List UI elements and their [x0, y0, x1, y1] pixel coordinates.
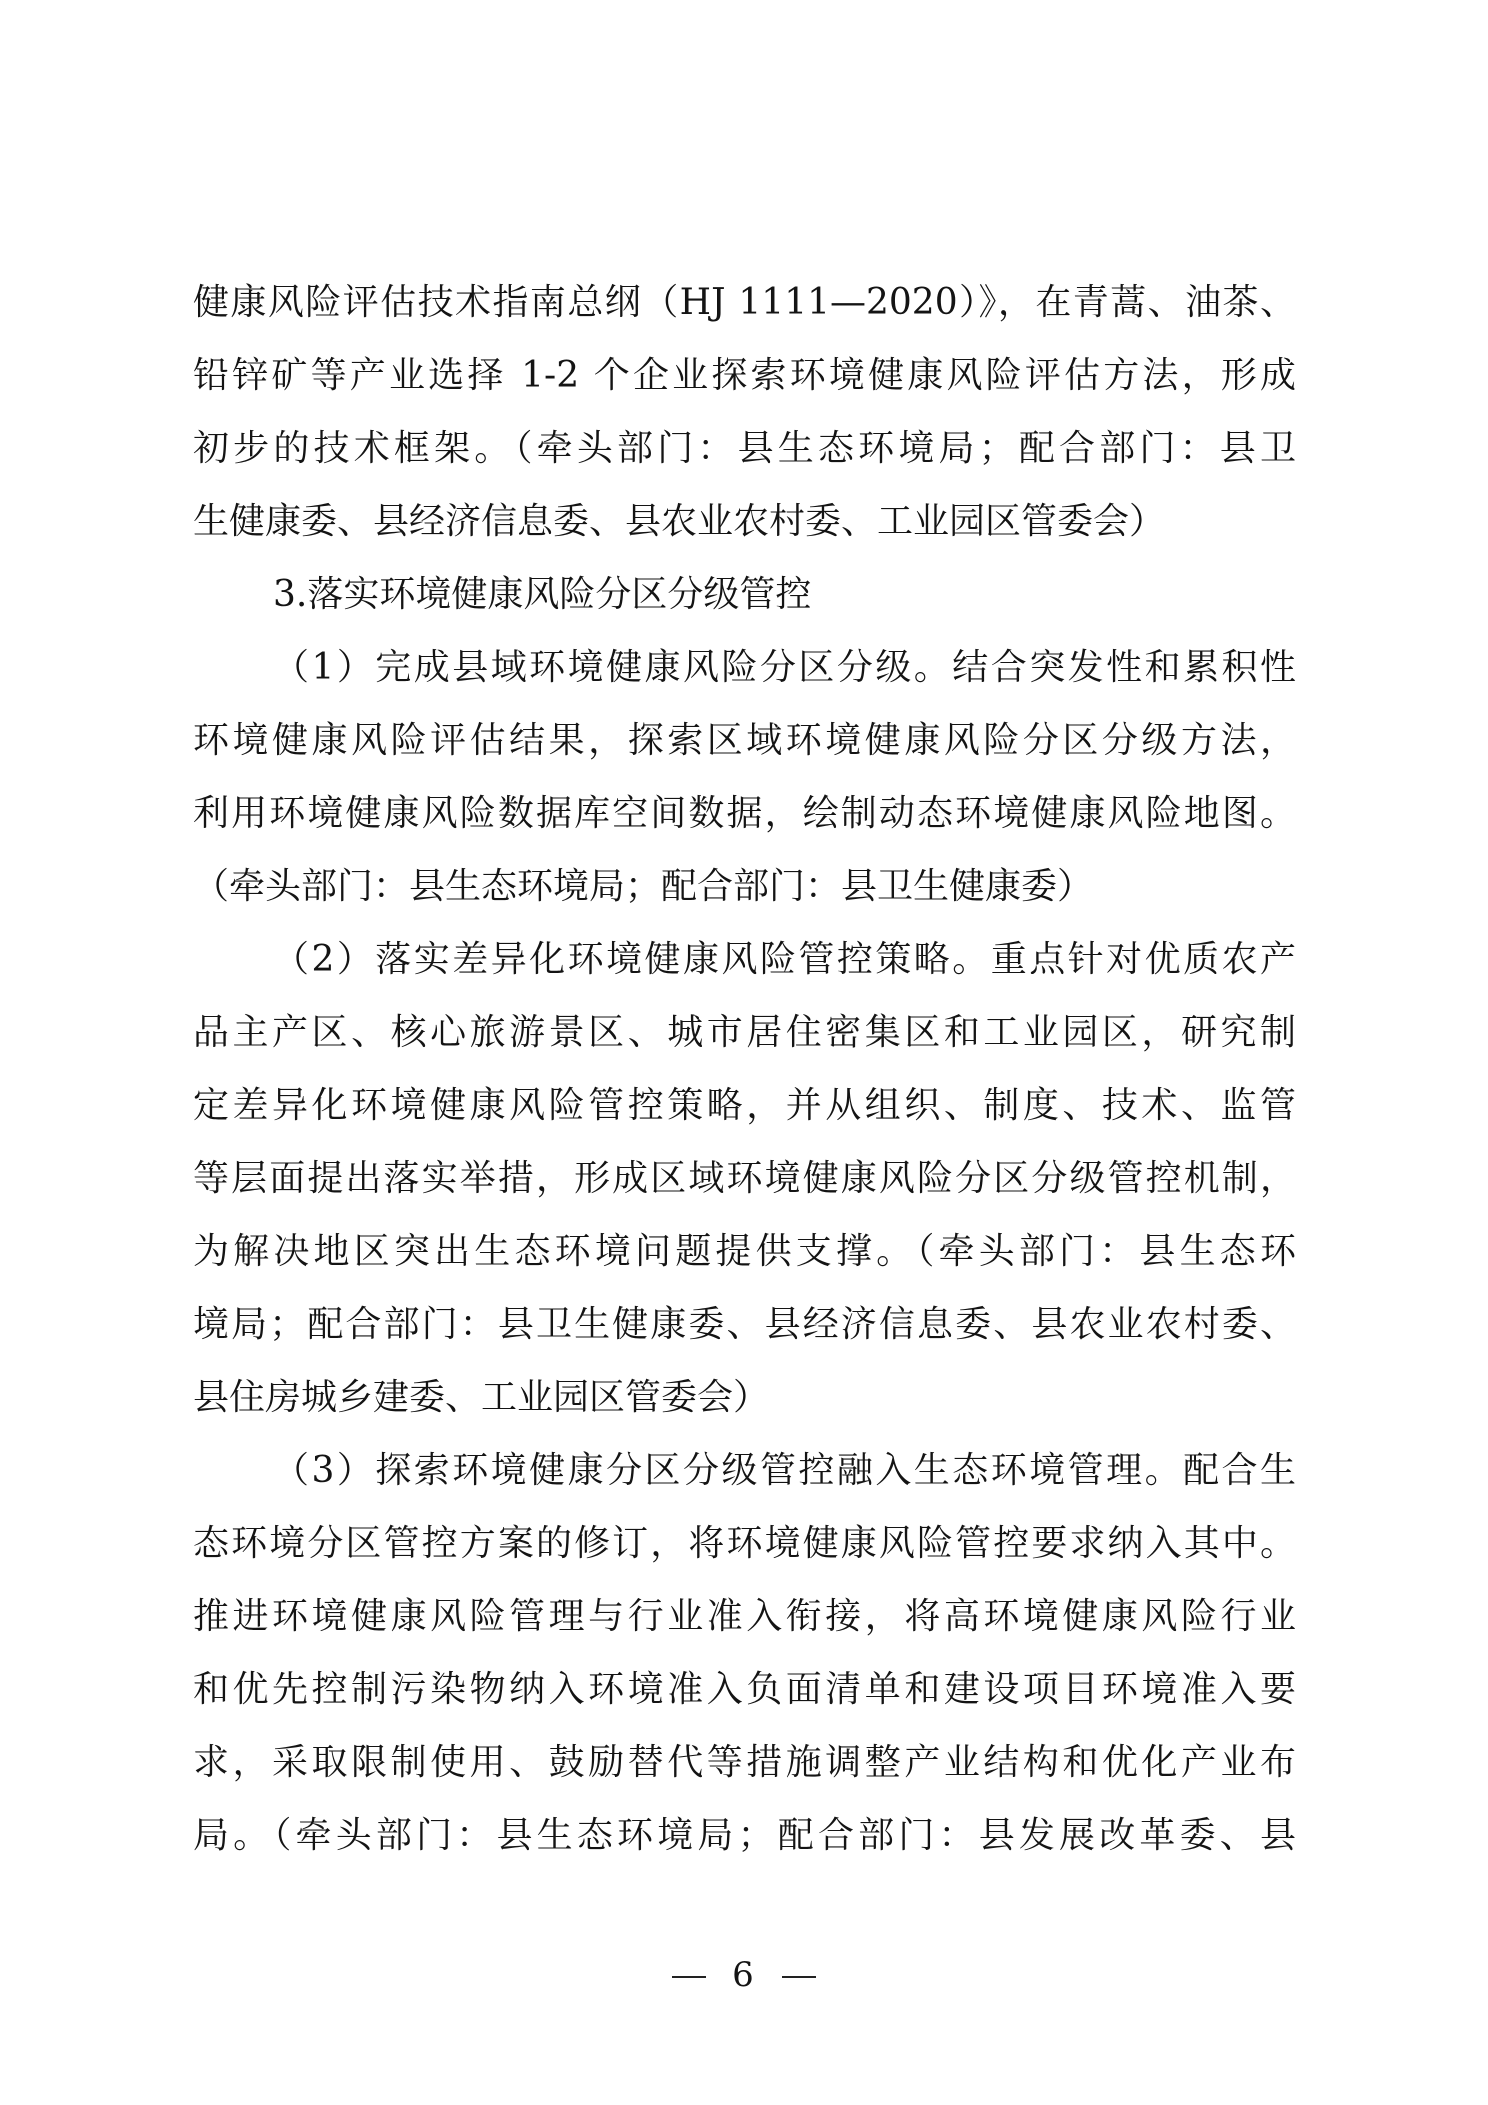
- paragraph-line: （牵头部门：县生态环境局；配合部门：县卫生健康委）: [193, 850, 1296, 923]
- paragraph-line: 等层面提出落实举措，形成区域环境健康风险分区分级管控机制，: [193, 1142, 1296, 1215]
- paragraph-line: 生健康委、县经济信息委、县农业农村委、工业园区管委会）: [193, 485, 1296, 558]
- page-footer: 6: [0, 1955, 1488, 1995]
- paragraph-line: 推进环境健康风险管理与行业准入衔接，将高环境健康风险行业: [193, 1580, 1296, 1653]
- paragraph-line: 和优先控制污染物纳入环境准入负面清单和建设项目环境准入要: [193, 1653, 1296, 1726]
- paragraph-line: 境局；配合部门：县卫生健康委、县经济信息委、县农业农村委、: [193, 1288, 1296, 1361]
- document-body: 健康风险评估技术指南总纲（HJ 1111—2020）》，在青蒿、油茶、 铅锌矿等…: [193, 266, 1296, 1872]
- paragraph-line: 环境健康风险评估结果，探索区域环境健康风险分区分级方法，: [193, 704, 1296, 777]
- paragraph-line: 品主产区、核心旅游景区、城市居住密集区和工业园区，研究制: [193, 996, 1296, 1069]
- section-heading: 3.落实环境健康风险分区分级管控: [193, 558, 1296, 631]
- paragraph-line: 健康风险评估技术指南总纲（HJ 1111—2020）》，在青蒿、油茶、: [193, 266, 1296, 339]
- page-number: 6: [732, 1955, 756, 1995]
- paragraph-line: 初步的技术框架。（牵头部门：县生态环境局；配合部门：县卫: [193, 412, 1296, 485]
- paragraph-line: 利用环境健康风险数据库空间数据，绘制动态环境健康风险地图。: [193, 777, 1296, 850]
- page-number-dash-left: [672, 1976, 706, 1978]
- paragraph-line: 局。（牵头部门：县生态环境局；配合部门：县发展改革委、县: [193, 1799, 1296, 1872]
- paragraph-line: 为解决地区突出生态环境问题提供支撑。（牵头部门：县生态环: [193, 1215, 1296, 1288]
- paragraph-line: 铅锌矿等产业选择 1-2 个企业探索环境健康风险评估方法，形成: [193, 339, 1296, 412]
- paragraph-line: 县住房城乡建委、工业园区管委会）: [193, 1361, 1296, 1434]
- paragraph-line: 求，采取限制使用、鼓励替代等措施调整产业结构和优化产业布: [193, 1726, 1296, 1799]
- paragraph-line: （3）探索环境健康分区分级管控融入生态环境管理。配合生: [193, 1434, 1296, 1507]
- paragraph-line: （1）完成县域环境健康风险分区分级。结合突发性和累积性: [193, 631, 1296, 704]
- paragraph-line: 态环境分区管控方案的修订，将环境健康风险管控要求纳入其中。: [193, 1507, 1296, 1580]
- paragraph-line: （2）落实差异化环境健康风险管控策略。重点针对优质农产: [193, 923, 1296, 996]
- page-number-dash-right: [782, 1976, 816, 1978]
- paragraph-line: 定差异化环境健康风险管控策略，并从组织、制度、技术、监管: [193, 1069, 1296, 1142]
